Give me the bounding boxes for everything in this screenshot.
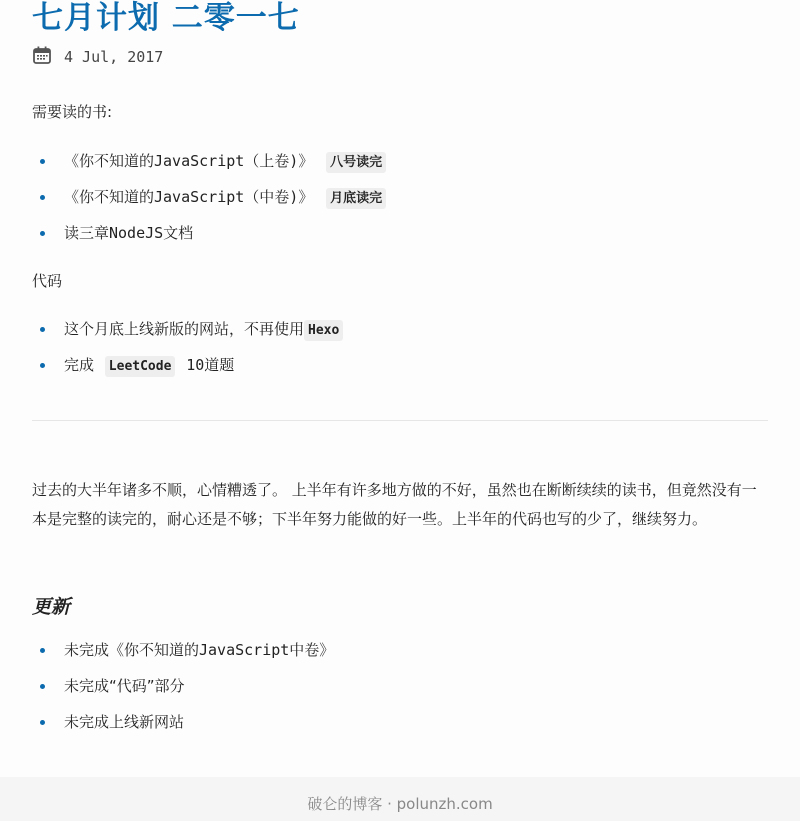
list-item: 未完成上线新网站 (32, 704, 334, 740)
inline-code: LeetCode (105, 356, 176, 377)
divider (32, 420, 768, 421)
post-meta: 4 Jul, 2017 (32, 45, 163, 69)
post-date: 4 Jul, 2017 (64, 48, 163, 66)
footer-text: 破仑的博客 · polunzh.com (307, 795, 492, 813)
code-heading: 代码 (32, 267, 62, 295)
post-title: 七月计划 二零一七 (32, 0, 300, 37)
book-title: 《你不知道的JavaScript（上卷)》 (64, 152, 313, 170)
list-item: 未完成《你不知道的JavaScript中卷》 (32, 632, 334, 668)
status-badge: 月底读完 (326, 188, 386, 209)
book-title: 读三章NodeJS文档 (64, 224, 193, 242)
list-item: 完成 LeetCode 10道题 (32, 347, 343, 383)
calendar-icon (32, 45, 52, 69)
list-item: 读三章NodeJS文档 (32, 215, 386, 251)
books-heading: 需要读的书: (32, 98, 112, 126)
update-list: 未完成《你不知道的JavaScript中卷》 未完成“代码”部分 未完成上线新网… (32, 632, 334, 740)
reflection-paragraph: 过去的大半年诸多不顺，心情糟透了。 上半年有许多地方做的不好，虽然也在断断续续的… (32, 476, 768, 533)
list-item: 《你不知道的JavaScript（中卷)》 月底读完 (32, 179, 386, 215)
list-item: 《你不知道的JavaScript（上卷)》 八号读完 (32, 143, 386, 179)
list-item: 这个月底上线新版的网站，不再使用Hexo (32, 311, 343, 347)
book-title: 《你不知道的JavaScript（中卷)》 (64, 188, 313, 206)
footer: 破仑的博客 · polunzh.com (0, 777, 800, 821)
inline-code: Hexo (304, 320, 343, 341)
item-text: 这个月底上线新版的网站，不再使用 (64, 320, 304, 338)
books-list: 《你不知道的JavaScript（上卷)》 八号读完 《你不知道的JavaScr… (32, 143, 386, 251)
item-prefix: 完成 (64, 356, 94, 374)
code-list: 这个月底上线新版的网站，不再使用Hexo 完成 LeetCode 10道题 (32, 311, 343, 383)
item-suffix: 10道题 (186, 356, 234, 374)
list-item: 未完成“代码”部分 (32, 668, 334, 704)
update-heading: 更新 (32, 592, 70, 619)
status-badge: 八号读完 (326, 152, 386, 173)
